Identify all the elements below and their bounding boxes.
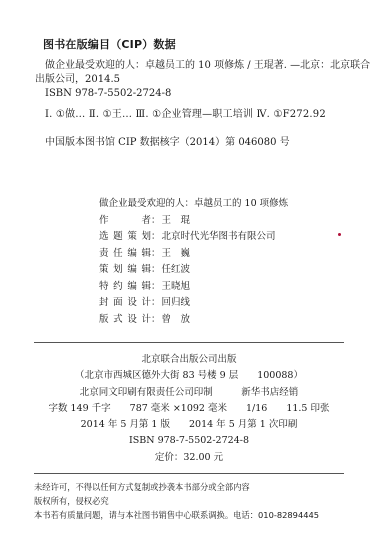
credit-separator: ： bbox=[151, 295, 161, 312]
cip-verification-number: 中国版本图书馆 CIP 数据核字（2014）第 046080 号 bbox=[45, 136, 290, 150]
divider-top bbox=[34, 342, 344, 343]
red-mark bbox=[338, 233, 341, 236]
credit-value: 王 巍 bbox=[162, 246, 191, 263]
credit-row-layout-design: 版式设计：曾 放 bbox=[99, 312, 288, 329]
credit-label: 策划编辑 bbox=[99, 262, 151, 279]
credit-value: 王晓旭 bbox=[162, 279, 191, 296]
notice-line1: 未经许可，不得以任何方式复制或抄袭本书部分或全部内容 bbox=[34, 480, 319, 494]
credit-separator: ： bbox=[151, 229, 161, 246]
isbn: ISBN 978-7-5502-2724-8 bbox=[34, 433, 344, 449]
credit-value: 回归线 bbox=[162, 295, 191, 312]
credit-label: 责任编辑 bbox=[99, 246, 151, 263]
credit-label: 选题策划 bbox=[99, 229, 151, 246]
credit-separator: ： bbox=[151, 279, 161, 296]
cip-heading: 图书在版编目（CIP）数据 bbox=[43, 36, 176, 52]
credit-row-planning-editor: 策划编辑：任红波 bbox=[99, 262, 288, 279]
credit-value: 任红波 bbox=[162, 262, 191, 279]
credit-separator: ： bbox=[151, 246, 161, 263]
divider-bottom bbox=[34, 473, 344, 474]
notice-line3: 本书若有质量问题，请与本社图书销售中心联系调换。电话：010-82894445 bbox=[34, 508, 319, 522]
credit-row-planning: 选题策划：北京时代光华图书有限公司 bbox=[99, 229, 288, 246]
credit-label: 版式设计 bbox=[99, 312, 151, 329]
credit-row-special-editor: 特约编辑：王晓旭 bbox=[99, 279, 288, 296]
publisher-address: （北京市西城区德外大街 83 号楼 9 层 100088） bbox=[34, 368, 344, 384]
cip-record-line1: 做企业最受欢迎的人：卓越员工的 10 项修炼 / 王琨著. —北京：北京联合 bbox=[45, 59, 370, 73]
credit-separator: ： bbox=[151, 312, 161, 329]
credit-row-cover-design: 封面设计：回归线 bbox=[99, 295, 288, 312]
credit-separator: ： bbox=[151, 262, 161, 279]
notice-line2: 版权所有，侵权必究 bbox=[34, 494, 319, 508]
cip-classification: Ⅰ. ①做… Ⅱ. ①王… Ⅲ. ①企业管理—职工培训 Ⅳ. ①F272.92 bbox=[45, 108, 326, 122]
credit-label: 作 者 bbox=[99, 213, 151, 230]
credit-value: 王 琨 bbox=[162, 213, 191, 230]
cip-isbn: ISBN 978-7-5502-2724-8 bbox=[45, 87, 171, 101]
credit-separator: ： bbox=[151, 213, 161, 230]
cip-record-line2: 出版公司，2014.5 bbox=[35, 73, 120, 87]
credit-row-responsible-editor: 责任编辑：王 巍 bbox=[99, 246, 288, 263]
book-specs: 字数 149 千字 787 毫米 ×1092 毫米 1/16 11.5 印张 bbox=[34, 401, 344, 417]
credit-label: 特约编辑 bbox=[99, 279, 151, 296]
price: 定价：32.00 元 bbox=[34, 450, 344, 466]
copyright-notice: 未经许可，不得以任何方式复制或抄袭本书部分或全部内容 版权所有，侵权必究 本书若… bbox=[34, 480, 319, 522]
book-title: 做企业最受欢迎的人：卓越员工的 10 项修炼 bbox=[99, 196, 288, 213]
credit-value: 北京时代光华图书有限公司 bbox=[162, 229, 276, 246]
credits-block: 做企业最受欢迎的人：卓越员工的 10 项修炼 作 者：王 琨 选题策划：北京时代… bbox=[99, 196, 288, 328]
printer-distributor: 北京同文印刷有限责任公司印制 新华书店经销 bbox=[34, 385, 344, 401]
credit-value: 曾 放 bbox=[162, 312, 191, 329]
publication-info: 北京联合出版公司出版 （北京市西城区德外大街 83 号楼 9 层 100088）… bbox=[34, 352, 344, 466]
edition-info: 2014 年 5 月第 1 版 2014 年 5 月第 1 次印刷 bbox=[34, 417, 344, 433]
credit-row-author: 作 者：王 琨 bbox=[99, 213, 288, 230]
credit-label: 封面设计 bbox=[99, 295, 151, 312]
publisher: 北京联合出版公司出版 bbox=[34, 352, 344, 368]
